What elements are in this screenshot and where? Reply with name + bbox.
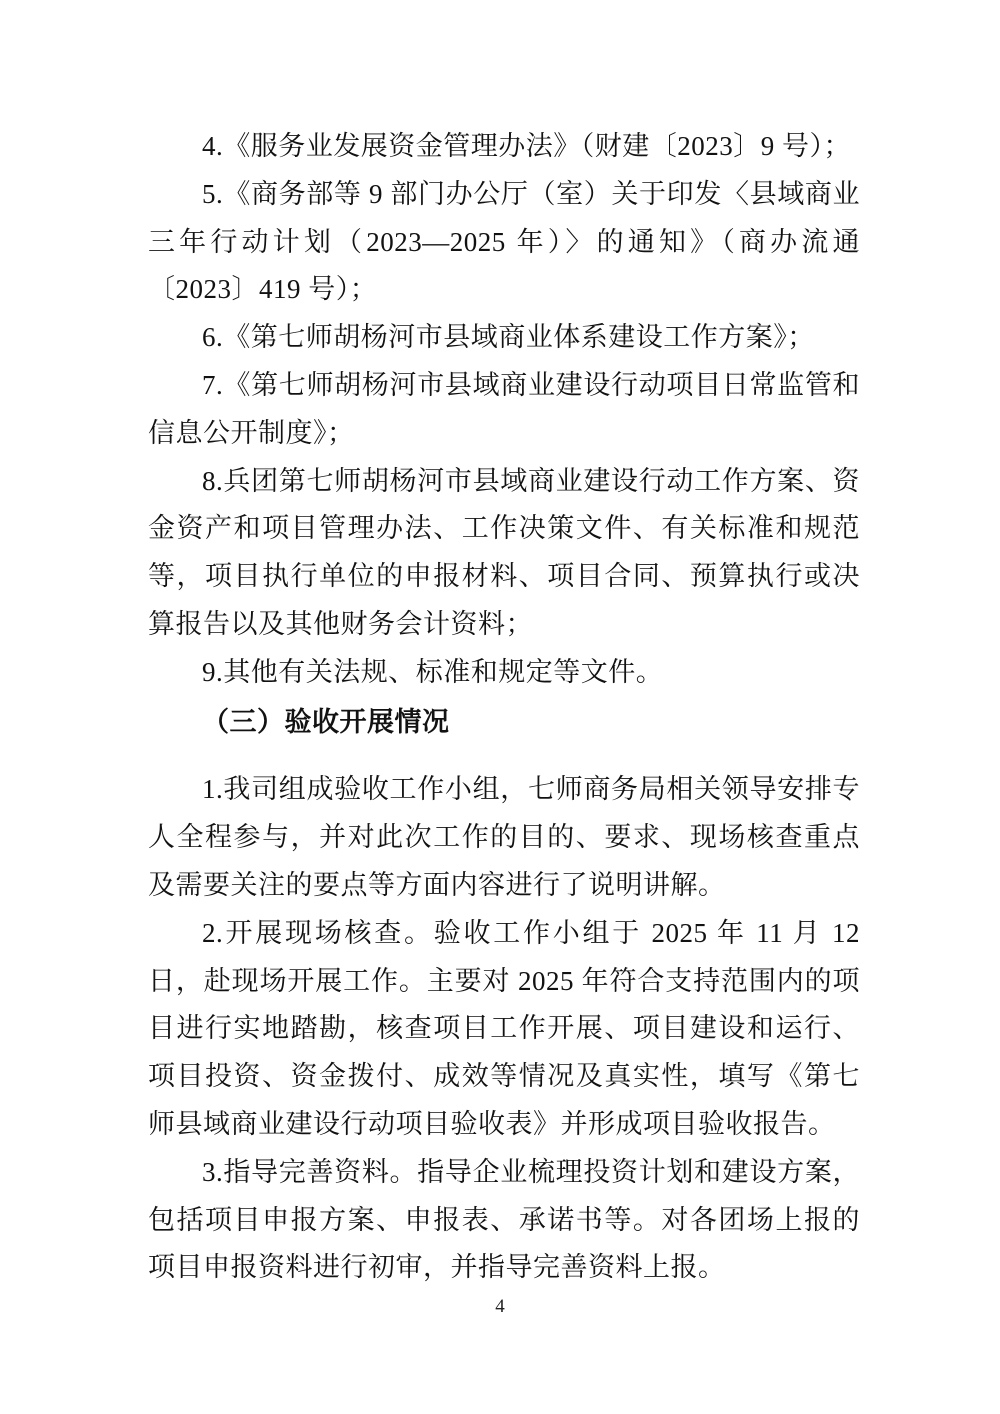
- list-item-9: 9.其他有关法规、标准和规定等文件。: [148, 649, 860, 697]
- document-page: 4.《服务业发展资金管理办法》（财建〔2023〕9 号）； 5.《商务部等 9 …: [0, 0, 1000, 1414]
- paragraph-item-3: 3.指导完善资料。指导企业梳理投资计划和建设方案，包括项目申报方案、申报表、承诺…: [148, 1149, 860, 1292]
- page-footer: 4: [0, 1296, 1000, 1318]
- section-heading: （三）验收开展情况: [148, 699, 860, 747]
- paragraph-item-1: 1.我司组成验收工作小组，七师商务局相关领导安排专人全程参与，并对此次工作的目的…: [148, 766, 860, 909]
- list-item-8: 8.兵团第七师胡杨河市县域商业建设行动工作方案、资金资产和项目管理办法、工作决策…: [148, 458, 860, 649]
- list-item-7: 7.《第七师胡杨河市县域商业建设行动项目日常监管和信息公开制度》；: [148, 362, 860, 458]
- page-number: 4: [495, 1296, 505, 1317]
- paragraph-item-2: 2.开展现场核查。验收工作小组于 2025 年 11 月 12 日，赴现场开展工…: [148, 910, 860, 1149]
- list-item-4: 4.《服务业发展资金管理办法》（财建〔2023〕9 号）；: [148, 123, 860, 171]
- list-item-6: 6.《第七师胡杨河市县域商业体系建设工作方案》；: [148, 314, 860, 362]
- list-item-5: 5.《商务部等 9 部门办公厅（室）关于印发〈县域商业三年行动计划（2023—2…: [148, 171, 860, 314]
- document-body: 4.《服务业发展资金管理办法》（财建〔2023〕9 号）； 5.《商务部等 9 …: [148, 123, 860, 1292]
